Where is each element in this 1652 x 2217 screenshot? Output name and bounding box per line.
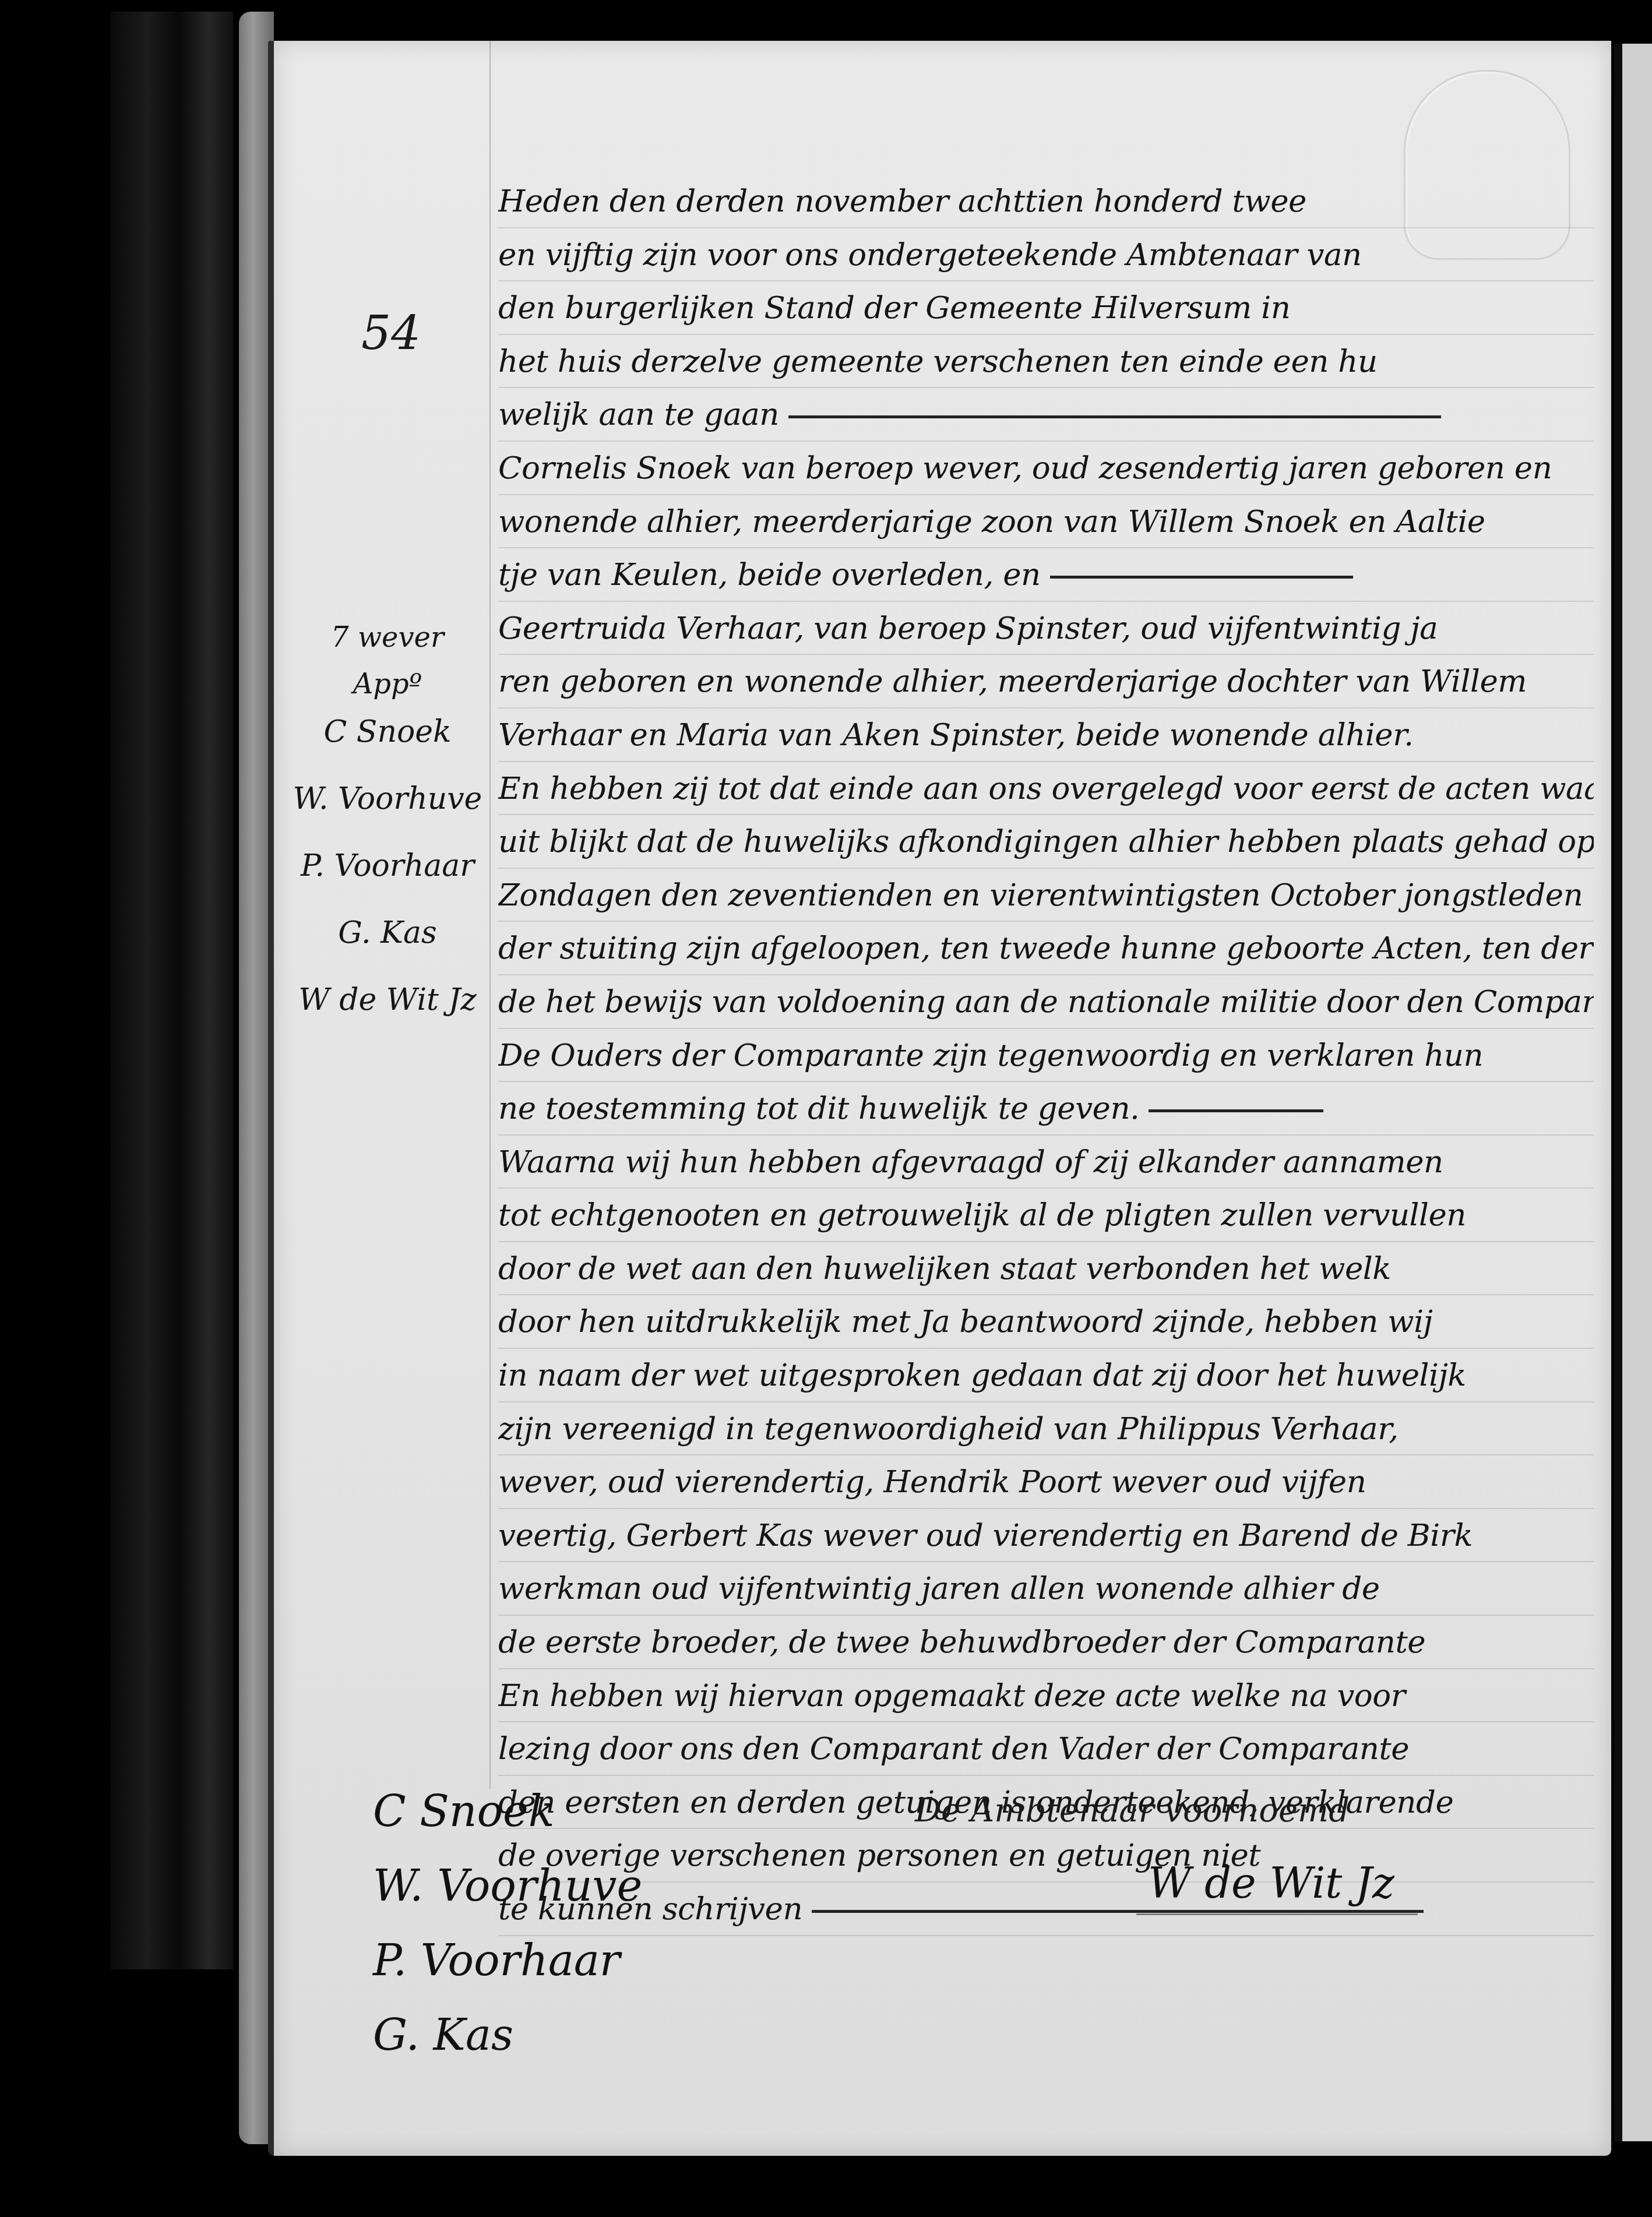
text-line: door de wet aan den huwelijken staat ver… <box>498 1242 1594 1296</box>
text-line: tot echtgenooten en getrouwelijk al de p… <box>498 1189 1594 1242</box>
text-line: der stuiting zijn afgeloopen, ten tweede… <box>498 922 1594 975</box>
filler-dash <box>788 415 1441 418</box>
line-text: welijk aan te gaan <box>498 397 779 432</box>
margin-signature: W de Wit Jz <box>291 985 484 1052</box>
text-line: lezing door ons den Comparant den Vader … <box>498 1722 1594 1776</box>
text-line: werkman oud vijfentwintig jaren allen wo… <box>498 1562 1594 1616</box>
official-title: De Ambtenaar voornoemd <box>915 1792 1350 1830</box>
text-line: tje van Keulen, beide overleden, en <box>498 548 1594 602</box>
bride-line: Geertruida Verhaar, van beroep Spinster,… <box>498 602 1594 655</box>
text-line: het huis derzelve gemeente verschenen te… <box>498 335 1594 389</box>
text-line: zijn vereenigd in tegenwoordigheid van P… <box>498 1402 1594 1456</box>
line-text: tje van Keulen, beide overleden, en <box>498 557 1041 593</box>
filler-dash <box>1149 1109 1323 1112</box>
text-line: te kunnen schrijven <box>498 1883 1594 1936</box>
line-text: ne toestemming tot dit huwelijk te geven… <box>498 1091 1139 1126</box>
margin-signature: C Snoek <box>291 717 484 784</box>
text-line: ne toestemming tot dit huwelijk te geven… <box>498 1082 1594 1136</box>
filler-dash <box>1050 576 1353 579</box>
text-line: in naam der wet uitgesproken gedaan dat … <box>498 1349 1594 1402</box>
text-line: wonende alhier, meerderjarige zoon van W… <box>498 495 1594 549</box>
text-line: door hen uitdrukkelijk met Ja beantwoord… <box>498 1295 1594 1349</box>
party-signatures: C Snoek W. Voorhuve P. Voorhaar G. Kas <box>373 1774 642 2073</box>
text-line: Heden den derden november achttien honde… <box>498 175 1594 228</box>
margin-note: 7 wever <box>291 623 484 670</box>
margin-note: Appº <box>291 670 484 717</box>
text-line: uit blijkt dat de huwelijks afkondiginge… <box>498 815 1594 869</box>
text-line: welijk aan te gaan <box>498 388 1594 442</box>
text-line: veertig, Gerbert Kas wever oud vierender… <box>498 1509 1594 1563</box>
text-line: den burgerlijken Stand der Gemeente Hilv… <box>498 281 1594 335</box>
text-line: en vijftig zijn voor ons ondergeteekende… <box>498 228 1594 282</box>
text-line: de overige verschenen personen en getuig… <box>498 1829 1594 1883</box>
margin-rule <box>489 41 491 1789</box>
text-line: de eerste broeder, de twee behuwdbroeder… <box>498 1616 1594 1669</box>
text-line: De Ouders der Comparante zijn tegenwoord… <box>498 1029 1594 1083</box>
signature: G. Kas <box>373 1998 642 2073</box>
text-line: En hebben zij tot dat einde aan ons over… <box>498 762 1594 816</box>
text-line: Waarna wij hun hebben afgevraagd of zij … <box>498 1136 1594 1189</box>
text-line: de het bewijs van voldoening aan de nati… <box>498 975 1594 1029</box>
signature: P. Voorhaar <box>373 1923 642 1998</box>
margin-signature: P. Voorhaar <box>291 851 484 918</box>
entry-number: 54 <box>361 306 421 360</box>
next-page-edge <box>1614 44 1652 2141</box>
signature: W. Voorhuve <box>373 1849 642 1923</box>
text-line: Verhaar en Maria van Aken Spinster, beid… <box>498 709 1594 762</box>
margin-notes: 7 wever Appº C Snoek W. Voorhuve P. Voor… <box>291 623 484 1052</box>
text-line: ren geboren en wonende alhier, meerderja… <box>498 655 1594 709</box>
official-signature: W de Wit Jz <box>1136 1859 1418 1915</box>
groom-line: Cornelis Snoek van beroep wever, oud zes… <box>498 442 1594 495</box>
book-binding <box>111 12 233 1969</box>
margin-signature: W. Voorhuve <box>291 784 484 851</box>
line-text: Cornelis Snoek van beroep wever, oud zes… <box>498 450 1552 486</box>
text-line: En hebben wij hiervan opgemaakt deze act… <box>498 1669 1594 1723</box>
text-line: Zondagen den zeventienden en vierentwint… <box>498 869 1594 922</box>
margin-signature: G. Kas <box>291 918 484 985</box>
text-line: wever, oud vierendertig, Hendrik Poort w… <box>498 1455 1594 1509</box>
register-page: 54 7 wever Appº C Snoek W. Voorhuve P. V… <box>268 41 1611 2156</box>
record-body: Heden den derden november achttien honde… <box>498 175 1594 1936</box>
signature: C Snoek <box>373 1774 642 1849</box>
